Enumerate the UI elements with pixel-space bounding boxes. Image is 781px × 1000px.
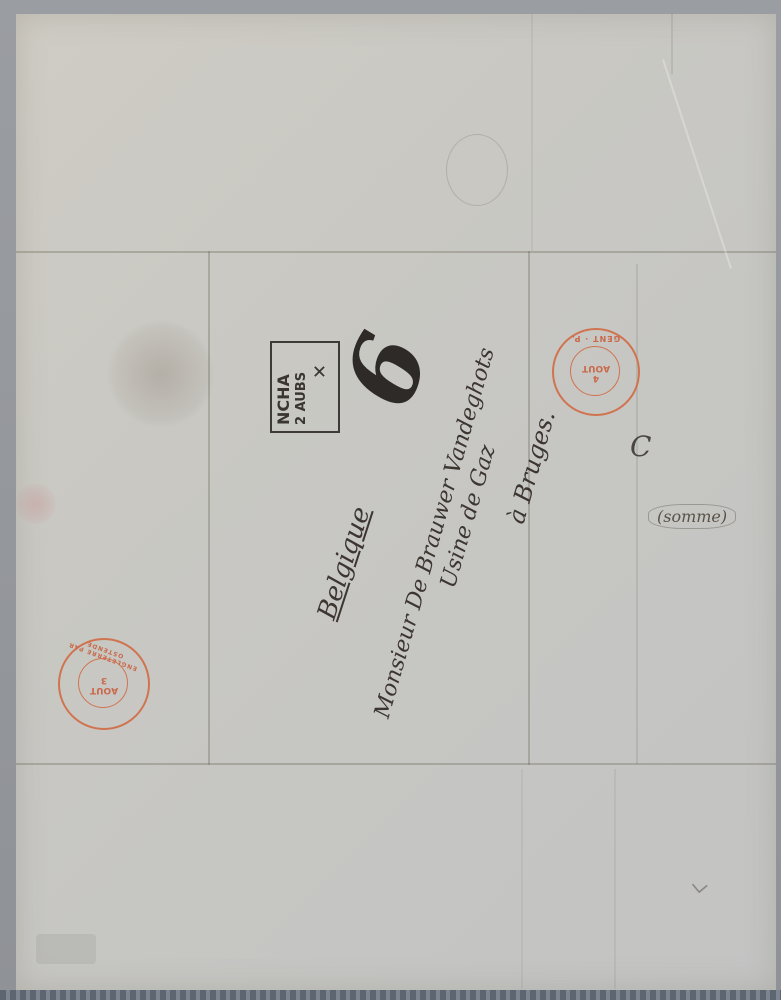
fold-line-lower-right <box>614 769 616 989</box>
postmark-day: 4 <box>582 372 610 382</box>
red-circular-postmark-right: GENT · P. 4 AOUT <box>552 328 640 416</box>
postmark-month: AOUT <box>90 684 118 694</box>
postmark-ring-text: GENT · P. <box>571 334 620 343</box>
annotation-symbol: C <box>630 430 651 463</box>
paper-crease <box>662 59 732 269</box>
postmark-date: 4 AOUT <box>582 362 610 382</box>
address-city: à Bruges. <box>502 407 561 526</box>
postmark-date: AOUT 3 <box>90 674 118 694</box>
faint-ink-mark <box>446 134 508 206</box>
sleeve-edge <box>0 990 781 1000</box>
red-circular-postmark-left: ENGLETERRE PAR OSTENDE AOUT 3 <box>58 638 150 730</box>
faint-writing-mark <box>36 934 96 964</box>
postmark-month: AOUT <box>582 362 610 372</box>
postmark-line1: NCHA <box>274 374 293 425</box>
fold-line-bottom <box>16 763 776 765</box>
fold-line-right <box>636 264 638 764</box>
postmark-day: 3 <box>90 674 118 684</box>
postmark-line2: 2 AUBS <box>294 372 309 425</box>
fold-line-top <box>16 251 776 253</box>
pencil-mark: ∟ <box>686 871 714 900</box>
fold-line-left <box>208 251 210 765</box>
boxed-transit-postmark: NCHA 2 AUBS ✕ <box>270 341 340 433</box>
fold-line-top-right <box>671 14 673 74</box>
ink-bleed-smudge <box>106 319 216 429</box>
fold-line-lower-mid <box>521 769 523 989</box>
letter-sheet: NCHA 2 AUBS ✕ GENT · P. 4 AOUT ENGLETERR… <box>16 14 776 990</box>
address-country: Belgique <box>312 503 377 623</box>
pink-stain <box>16 484 56 524</box>
postage-rate-mark: 6 <box>322 319 451 420</box>
fold-line-top-mid <box>531 14 533 251</box>
annotation-note: (somme) <box>648 504 736 529</box>
